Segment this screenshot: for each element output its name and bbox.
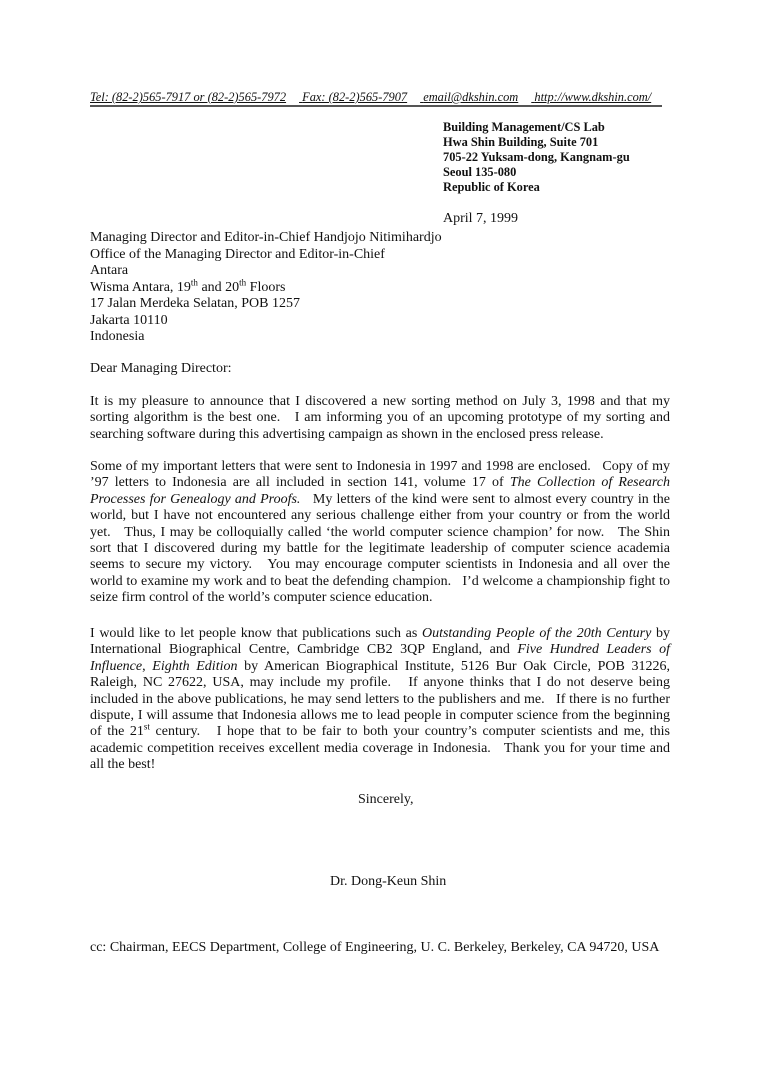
body-paragraph-3: I would like to let people know that pub… [90, 626, 670, 774]
email-link[interactable]: email@dkshin.com [423, 90, 518, 104]
sender-address-line: Hwa Shin Building, Suite 701 [443, 135, 630, 150]
recipient-line: Wisma Antara, 19th and 20th Floors [90, 280, 442, 297]
signature-name: Dr. Dong-Keun Shin [330, 874, 446, 890]
publication-edition: Eighth Edition [152, 659, 237, 674]
recipient-line: Jakarta 10110 [90, 313, 442, 330]
body-paragraph-2: Some of my important letters that were s… [90, 459, 670, 607]
website-link[interactable]: http://www.dkshin.com/ [534, 90, 651, 104]
salutation: Dear Managing Director: [90, 361, 232, 377]
recipient-line: Antara [90, 263, 442, 280]
letter-date: April 7, 1999 [443, 211, 518, 227]
body-paragraph-1: It is my pleasure to announce that I dis… [90, 394, 670, 443]
sender-address-line: Seoul 135-080 [443, 165, 630, 180]
sender-address-line: Building Management/CS Lab [443, 120, 630, 135]
letterhead-contact-line: Tel: (82-2)565-7917 or (82-2)565-7972 Fa… [90, 90, 662, 107]
sender-address: Building Management/CS Lab Hwa Shin Buil… [443, 120, 630, 195]
cc-line: cc: Chairman, EECS Department, College o… [90, 940, 659, 956]
recipient-line: Indonesia [90, 329, 442, 346]
sender-address-line: 705-22 Yuksam-dong, Kangnam-gu [443, 150, 630, 165]
recipient-line: Managing Director and Editor-in-Chief Ha… [90, 230, 442, 247]
closing: Sincerely, [358, 792, 413, 808]
fax-number: Fax: (82-2)565-7907 [302, 90, 407, 104]
sender-address-line: Republic of Korea [443, 180, 630, 195]
recipient-line: 17 Jalan Merdeka Selatan, POB 1257 [90, 296, 442, 313]
publication-title: Outstanding People of the 20th Century [422, 626, 651, 641]
recipient-line: Office of the Managing Director and Edit… [90, 247, 442, 264]
recipient-address: Managing Director and Editor-in-Chief Ha… [90, 230, 442, 346]
telephone-numbers: Tel: (82-2)565-7917 or (82-2)565-7972 [90, 90, 286, 104]
